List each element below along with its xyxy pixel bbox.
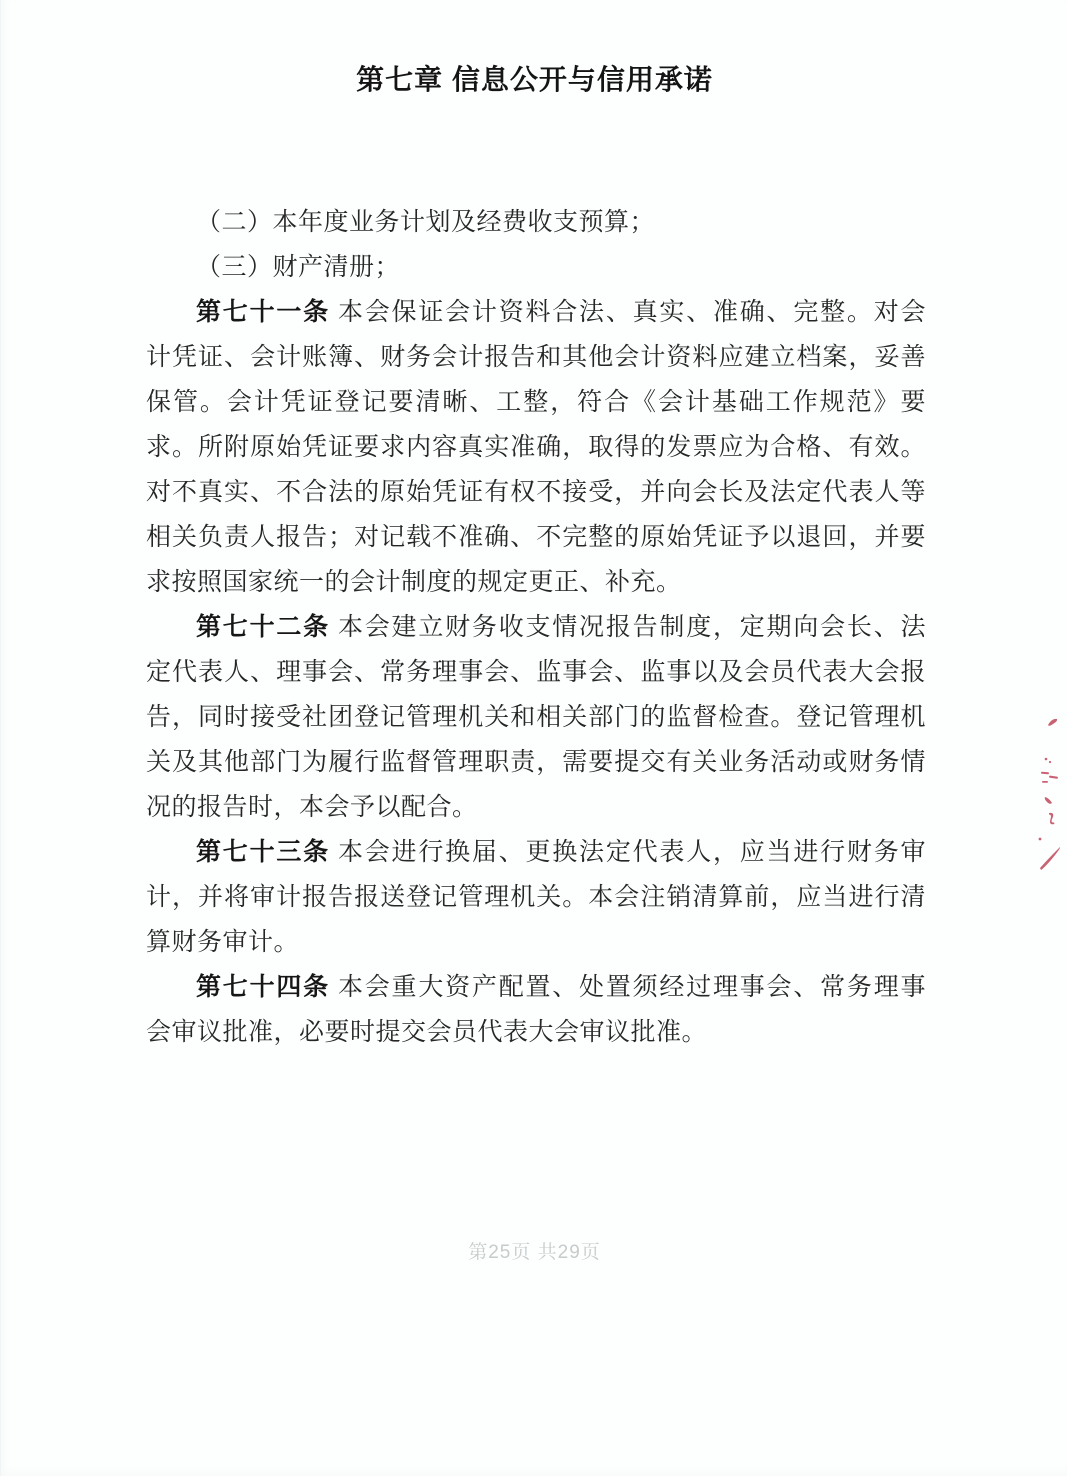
document-page: （二）本年度业务计划及经费收支预算；（三）财产清册；第七十一条 本会保证会计资料… bbox=[0, 0, 1067, 1476]
text-line: 告，同时接受社团登记管理机关和相关部门的监督检查。登记管理机 bbox=[146, 695, 926, 740]
text-line: 保管。会计凭证登记要清晰、工整，符合《会计基础工作规范》要 bbox=[146, 380, 926, 425]
page-number-footer: 第25页 共29页 bbox=[1, 1240, 1067, 1266]
text-line: 计凭证、会计账簿、财务会计报告和其他会计资料应建立档案，妥善 bbox=[146, 335, 926, 380]
red-ink-mark bbox=[1035, 710, 1065, 880]
text-line: 求。所附原始凭证要求内容真实准确，取得的发票应为合格、有效。 bbox=[146, 425, 926, 470]
text-line: 求按照国家统一的会计制度的规定更正、补充。 bbox=[146, 560, 926, 605]
text-line: 计，并将审计报告报送登记管理机关。本会注销清算前，应当进行清 bbox=[146, 875, 926, 920]
document-body: （二）本年度业务计划及经费收支预算；（三）财产清册；第七十一条 本会保证会计资料… bbox=[146, 200, 926, 1055]
article-number: 第七十二条 bbox=[196, 613, 330, 641]
text-line: 定代表人、理事会、常务理事会、监事会、监事以及会员代表大会报 bbox=[146, 650, 926, 695]
text-line: 第七十三条 本会进行换届、更换法定代表人，应当进行财务审 bbox=[146, 830, 926, 875]
text-line: 第七十二条 本会建立财务收支情况报告制度，定期向会长、法 bbox=[146, 605, 926, 650]
text-line: 相关负责人报告；对记载不准确、不完整的原始凭证予以退回，并要 bbox=[146, 515, 926, 560]
text-line: （二）本年度业务计划及经费收支预算； bbox=[146, 200, 926, 245]
text-line: 对不真实、不合法的原始凭证有权不接受，并向会长及法定代表人等 bbox=[146, 470, 926, 515]
text-line: （三）财产清册； bbox=[146, 245, 926, 290]
text-line: 况的报告时，本会予以配合。 bbox=[146, 785, 926, 830]
text-line: 算财务审计。 bbox=[146, 920, 926, 965]
text-line: 会审议批准，必要时提交会员代表大会审议批准。 bbox=[146, 1010, 926, 1055]
article-number: 第七十三条 bbox=[196, 838, 330, 866]
chapter-heading: 第七章 信息公开与信用承诺 bbox=[1, 57, 1067, 102]
text-line: 第七十四条 本会重大资产配置、处置须经过理事会、常务理事 bbox=[146, 965, 926, 1010]
article-number: 第七十一条 bbox=[196, 298, 330, 326]
text-line: 关及其他部门为履行监督管理职责，需要提交有关业务活动或财务情 bbox=[146, 740, 926, 785]
text-line: 第七十一条 本会保证会计资料合法、真实、准确、完整。对会 bbox=[146, 290, 926, 335]
article-number: 第七十四条 bbox=[196, 973, 330, 1001]
